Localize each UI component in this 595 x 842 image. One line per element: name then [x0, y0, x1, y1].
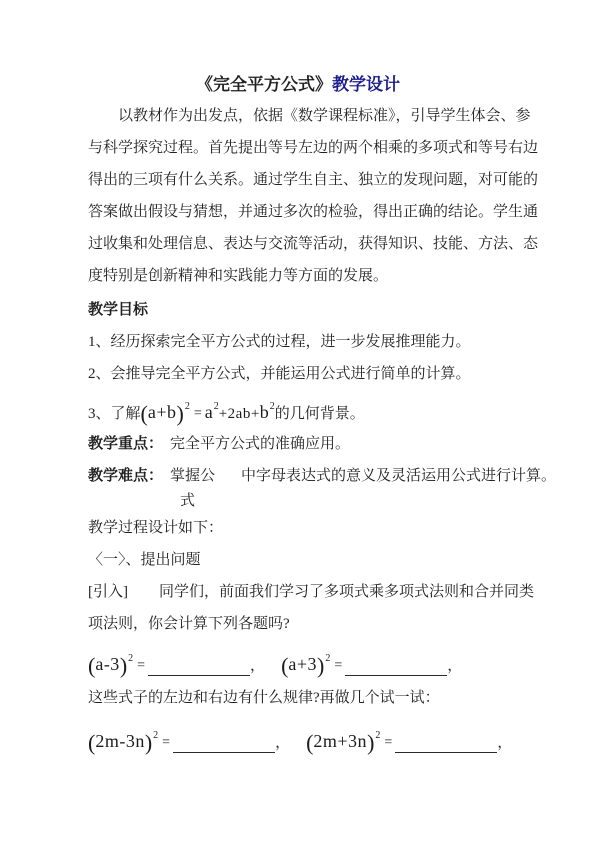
eq-close-paren: )	[367, 730, 374, 755]
answer-blank	[395, 738, 497, 753]
eq-equals-sign: =	[137, 658, 145, 673]
document-page: 《完全平方公式》教学设计 以教材作为出发点，依据《数学课程标准》，引导学生体会、…	[0, 0, 595, 842]
formula-term-a: a	[205, 402, 213, 422]
eq-binomial: 2m+3n	[313, 731, 367, 751]
key-point-label: 教学重点：	[88, 436, 163, 452]
difficult-point-label: 教学难点：	[88, 468, 163, 484]
answer-blank	[345, 661, 447, 676]
difficult-point-text-end: 中字母表达式的意义及灵活运用公式进行计算。	[241, 468, 556, 484]
intro-line-5: 过收集和处理信息、表达与交流等活动，获得知识、技能、方法、态	[88, 228, 508, 260]
eq-exponent: 2	[153, 730, 158, 741]
eq-binomial: a+3	[288, 654, 317, 674]
difficult-point-wrapped-char: 式	[180, 492, 508, 510]
objective-item-3: 3、了解(a+b)2=a2+2ab+b2的几何背景。	[88, 390, 508, 424]
answer-blank	[173, 738, 275, 753]
comma-separator: ，	[250, 658, 265, 674]
document-title-accent: 教学设计	[332, 75, 400, 94]
intro-paragraph: 以教材作为出发点，依据《数学课程标准》，引导学生体会、参 与科学探究过程。首先提…	[88, 100, 508, 292]
comma-end: ，	[497, 735, 512, 751]
key-point-line: 教学重点：完全平方公式的准确应用。	[88, 428, 508, 460]
objective-item-3-suffix: 的几何背景。	[275, 406, 365, 422]
problem-row-2: (2m-3n)2=，(2m+3n)2=，	[88, 716, 508, 756]
comma-separator: ，	[275, 735, 290, 751]
objective-item-3-prefix: 3、了解	[88, 406, 141, 422]
section-one-heading: 〈一〉、提出问题	[88, 544, 508, 576]
equation-a-plus-3: (a+3)2=	[281, 657, 345, 674]
eq-close-paren: )	[317, 653, 324, 678]
intro-line-2: 与科学探究过程。首先提出等号左边的两个相乘的多项式和等号右边	[88, 132, 508, 164]
comma-end: ，	[447, 658, 462, 674]
intro-line-3: 得出的三项有什么关系。通过学生自主、独立的发现问题，对可能的	[88, 164, 508, 196]
formula-middle-term: +2ab+	[219, 406, 260, 422]
equation-a-minus-3: (a-3)2=	[88, 657, 148, 674]
lead-in-bracket: [引入]	[88, 584, 128, 600]
key-point-text: 完全平方公式的准确应用。	[170, 436, 350, 452]
eq-equals-sign: =	[162, 735, 170, 750]
lead-in-line-2: 项法则，你会计算下列各题吗?	[88, 608, 508, 640]
formula-term-b: b	[260, 402, 269, 422]
eq-binomial: 2m-3n	[95, 731, 145, 751]
formula-exponent: 2	[185, 401, 190, 412]
equation-2m-minus-3n: (2m-3n)2=	[88, 734, 173, 751]
objective-item-1: 1、经历探索完全平方公式的过程，进一步发展推理能力。	[88, 326, 508, 358]
document-title: 《完全平方公式》教学设计	[88, 74, 508, 96]
answer-blank	[148, 661, 250, 676]
intro-line-4: 答案做出假设与猜想，并通过多次的检验，得出正确的结论。学生通	[88, 196, 508, 228]
eq-equals-sign: =	[334, 658, 342, 673]
lead-in-text-1: 同学们，前面我们学习了多项式乘多项式法则和合并同类	[159, 584, 534, 600]
lead-in-line-1: [引入]同学们，前面我们学习了多项式乘多项式法则和合并同类	[88, 576, 508, 608]
objective-item-2: 2、会推导完全平方公式，并能运用公式进行简单的计算。	[88, 358, 508, 390]
eq-binomial: a-3	[95, 654, 119, 674]
formula-equals-sign: =	[194, 406, 202, 421]
formula-open-paren: (	[141, 401, 148, 426]
eq-close-paren: )	[120, 653, 127, 678]
intro-line-6: 度特别是创新精神和实践能力等方面的发展。	[88, 260, 508, 292]
problem-row-1: (a-3)2=，(a+3)2=，	[88, 640, 508, 678]
eq-exponent: 2	[128, 653, 133, 664]
difficult-point-line: 教学难点：掌握公中字母表达式的意义及灵活运用公式进行计算。	[88, 460, 508, 492]
equation-2m-plus-3n: (2m+3n)2=	[306, 734, 395, 751]
intro-line-1: 以教材作为出发点，依据《数学课程标准》，引导学生体会、参	[88, 100, 508, 132]
difficult-point-text-start: 掌握公	[170, 468, 215, 484]
objectives-heading: 教学目标	[88, 294, 508, 326]
eq-exponent: 2	[375, 730, 380, 741]
eq-equals-sign: =	[384, 735, 392, 750]
document-title-main: 《完全平方公式》	[196, 75, 332, 94]
lead-in-paragraph: [引入]同学们，前面我们学习了多项式乘多项式法则和合并同类 项法则，你会计算下列…	[88, 576, 508, 640]
eq-close-paren: )	[145, 730, 152, 755]
eq-exponent: 2	[325, 653, 330, 664]
perfect-square-formula: (a+b)2=a2+2ab+b2	[141, 406, 275, 422]
process-intro-line: 教学过程设计如下：	[88, 512, 508, 544]
pattern-hint-line: 这些式子的左边和右边有什么规律?再做几个试一试：	[88, 682, 508, 714]
formula-close-paren: )	[176, 401, 183, 426]
formula-binomial: a+b	[148, 402, 177, 422]
